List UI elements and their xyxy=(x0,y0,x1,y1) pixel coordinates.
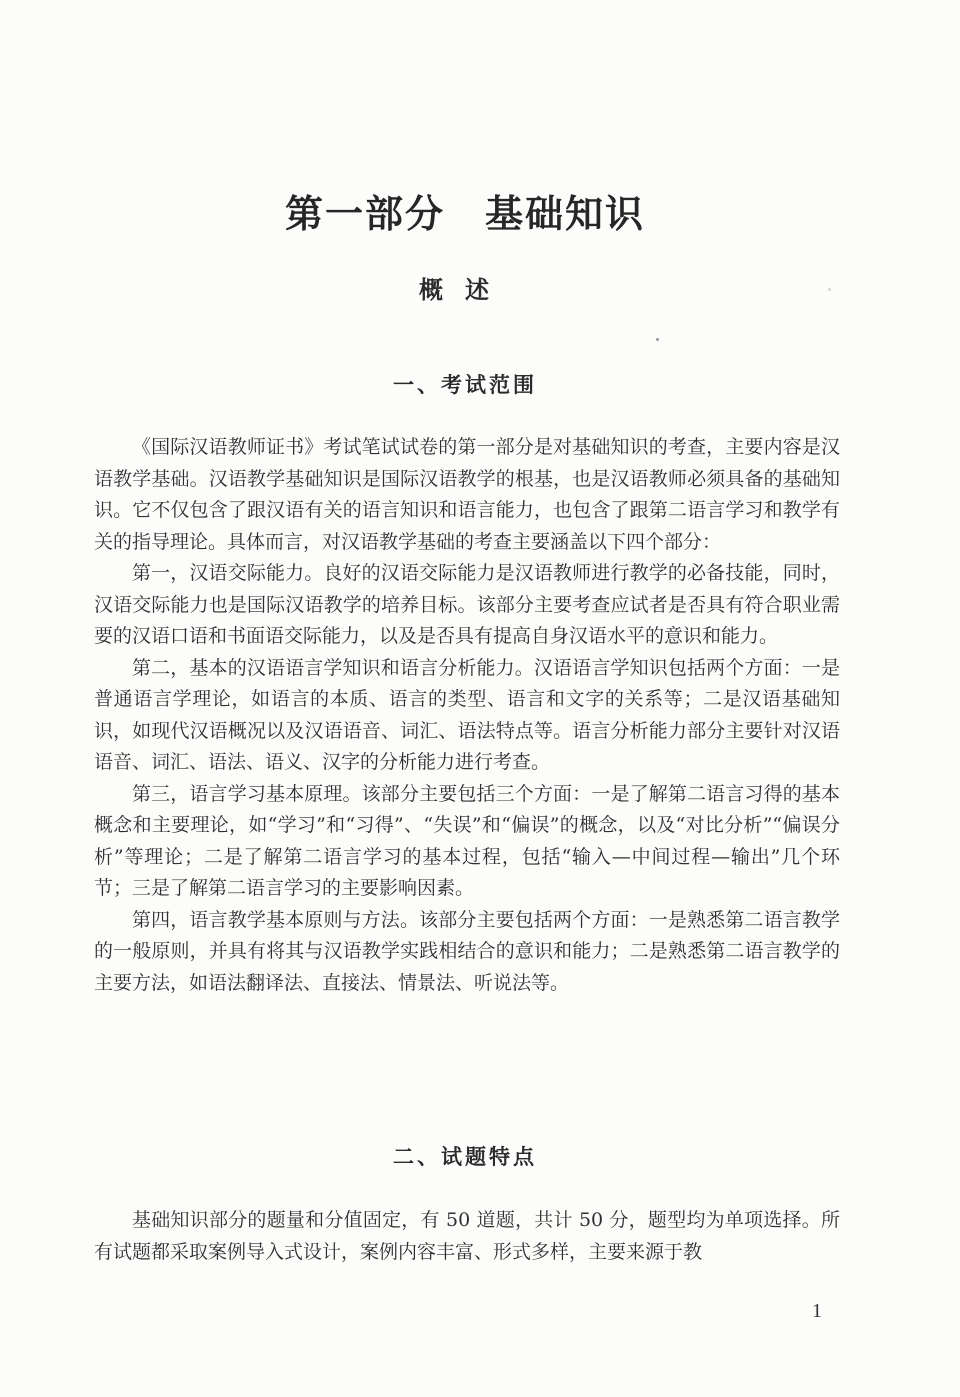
page-number: 1 xyxy=(812,1300,822,1323)
part-title-right: 基础知识 xyxy=(485,191,645,236)
scan-speck xyxy=(656,338,659,341)
section-body-exam-scope: 《国际汉语教师证书》考试笔试试卷的第一部分是对基础知识的考查，主要内容是汉语教学… xyxy=(94,432,840,999)
paragraph-second-point: 第二，基本的汉语语言学知识和语言分析能力。汉语语言学知识包括两个方面：一是普通语… xyxy=(94,653,840,779)
document-page: 第一部分基础知识 概述 一、考试范围 《国际汉语教师证书》考试笔试试卷的第一部分… xyxy=(0,0,960,1397)
paragraph-intro: 《国际汉语教师证书》考试笔试试卷的第一部分是对基础知识的考查，主要内容是汉语教学… xyxy=(94,432,840,558)
paragraph-fourth-point: 第四，语言教学基本原则与方法。该部分主要包括两个方面：一是熟悉第二语言教学的一般… xyxy=(94,905,840,1000)
overview-title: 概述 xyxy=(0,270,930,305)
section-body-question-features: 基础知识部分的题量和分值固定，有 50 道题，共计 50 分，题型均为单项选择。… xyxy=(94,1205,840,1268)
paragraph-third-point: 第三，语言学习基本原理。该部分主要包括三个方面：一是了解第二语言习得的基本概念和… xyxy=(94,779,840,905)
paragraph-question-features: 基础知识部分的题量和分值固定，有 50 道题，共计 50 分，题型均为单项选择。… xyxy=(94,1205,840,1268)
section-heading-question-features: 二、试题特点 xyxy=(0,1141,930,1171)
paragraph-first-point: 第一，汉语交际能力。良好的汉语交际能力是汉语教师进行教学的必备技能，同时，汉语交… xyxy=(94,558,840,653)
part-title-left: 第一部分 xyxy=(285,191,445,236)
scan-speck xyxy=(828,288,831,291)
part-title: 第一部分基础知识 xyxy=(0,183,930,238)
section-heading-exam-scope: 一、考试范围 xyxy=(0,369,930,399)
